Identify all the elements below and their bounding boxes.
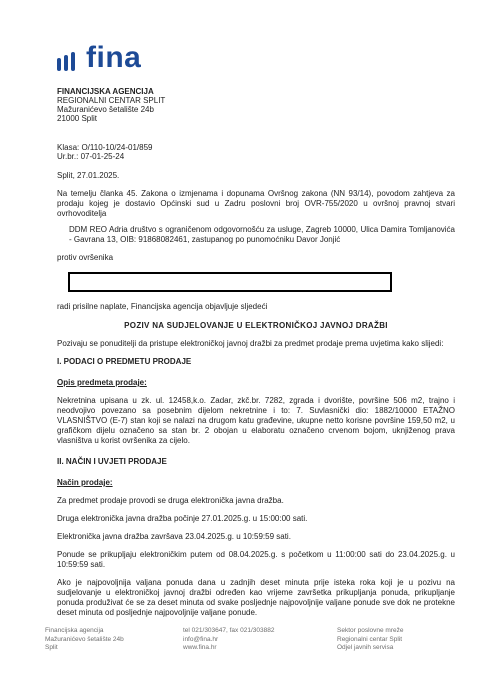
footer-city: Split bbox=[45, 644, 183, 653]
footer-street: Mažuranićevo šetalište 24b bbox=[45, 636, 183, 645]
bids-period-paragraph: Ponude se prikupljaju elektroničkim pute… bbox=[57, 550, 455, 570]
document-content: fina FINANCIJSKA AGENCIJA REGIONALNI CEN… bbox=[57, 42, 455, 618]
section-2-heading: II. NAČIN I UVJETI PRODAJE bbox=[57, 457, 455, 467]
auction-end-line: Elektronička javna dražba završava 23.04… bbox=[57, 532, 455, 542]
invitation-paragraph: Pozivaju se ponuditelji da pristupe elek… bbox=[57, 339, 455, 349]
footer-sector: Sektor poslovne mreže bbox=[337, 627, 467, 636]
klasa-number: Klasa: O/110-10/24-01/859 bbox=[57, 143, 455, 152]
fina-logo: fina bbox=[57, 42, 455, 72]
sale-method-heading: Način prodaje: bbox=[57, 478, 455, 488]
document-title: POZIV NA SUDJELOVANJE U ELEKTRONIČKOJ JA… bbox=[57, 321, 455, 331]
footer-contact-column: tel 021/303647, fax 021/303882 info@fina… bbox=[183, 627, 337, 653]
legal-basis-paragraph: Na temelju članka 45. Zakona o izmjenama… bbox=[57, 189, 455, 219]
extension-rule-paragraph: Ako je najpovoljnija valjana ponuda dana… bbox=[57, 578, 455, 618]
page-footer: Financijska agencija Mažuranićevo šetali… bbox=[45, 627, 467, 653]
agency-name: FINANCIJSKA AGENCIJA bbox=[57, 87, 455, 96]
creditor-paragraph: DDM REO Adria društvo s ograničenom odgo… bbox=[57, 225, 455, 245]
reference-block: Klasa: O/110-10/24-01/859 Ur.br.: 07-01-… bbox=[57, 143, 455, 161]
urbroj-number: Ur.br.: 07-01-25-24 bbox=[57, 152, 455, 161]
footer-department: Odjel javnih servisa bbox=[337, 644, 467, 653]
property-description-paragraph: Nekretnina upisana u zk. ul. 12458,k.o. … bbox=[57, 396, 455, 446]
footer-website: www.fina.hr bbox=[183, 644, 337, 653]
section-1-heading: I. PODACI O PREDMETU PRODAJE bbox=[57, 357, 455, 367]
regional-center: REGIONALNI CENTAR SPLIT bbox=[57, 96, 455, 105]
footer-email: info@fina.hr bbox=[183, 636, 337, 645]
footer-agency: Financijska agencija bbox=[45, 627, 183, 636]
postal-city: 21000 Split bbox=[57, 114, 455, 123]
auction-start-line: Druga elektronička javna dražba počinje … bbox=[57, 514, 455, 524]
document-page: fina FINANCIJSKA AGENCIJA REGIONALNI CEN… bbox=[0, 0, 487, 690]
footer-phone-fax: tel 021/303647, fax 021/303882 bbox=[183, 627, 337, 636]
purpose-line: radi prisilne naplate, Financijska agenc… bbox=[57, 302, 455, 312]
fina-logo-text: fina bbox=[86, 44, 141, 72]
property-description-heading: Opis predmeta prodaje: bbox=[57, 378, 455, 388]
footer-address-column: Financijska agencija Mažuranićevo šetali… bbox=[45, 627, 183, 653]
sale-type-line: Za predmet prodaje provodi se druga elek… bbox=[57, 496, 455, 506]
against-debtor-label: protiv ovršenika bbox=[57, 253, 455, 263]
fina-logo-bars-icon bbox=[57, 52, 78, 71]
street-address: Mažuranićevo šetalište 24b bbox=[57, 105, 455, 114]
footer-department-column: Sektor poslovne mreže Regionalni centar … bbox=[337, 627, 467, 653]
place-and-date: Split, 27.01.2025. bbox=[57, 171, 455, 181]
letterhead: FINANCIJSKA AGENCIJA REGIONALNI CENTAR S… bbox=[57, 87, 455, 123]
redacted-debtor-box bbox=[68, 272, 392, 292]
footer-regional-center: Regionalni centar Split bbox=[337, 636, 467, 645]
